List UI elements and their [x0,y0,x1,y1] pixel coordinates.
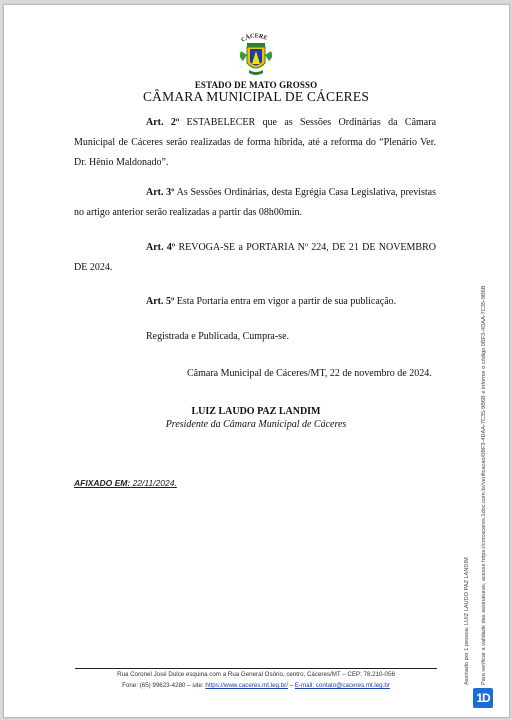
article-text: Esta Portaria entra em vigor a partir de… [174,296,396,307]
signer-name: LUIZ LAUDO PAZ LANDIM [0,406,512,417]
email-link[interactable]: E-mail: contato@caceres.mt.leg.br [295,682,390,689]
footer-address: Rua Coronel José Dulce esquina com a Rua… [0,671,512,678]
article-label: Art. 5º [146,296,174,307]
article-5: Art. 5º Esta Portaria entra em vigor a p… [74,292,436,312]
signer-role: Presidente da Câmara Municipal de Cácere… [0,419,512,430]
afixado-label: AFIXADO EM: [74,478,130,488]
site-link[interactable]: https://www.caceres.mt.leg.br/ [205,682,288,689]
article-label: Art. 3º [146,187,175,198]
footer-phone: Fone: (65) 99623-4280 – site: [122,682,205,689]
chamber-heading: CÂMARA MUNICIPAL DE CÁCERES [0,89,512,105]
document-page [3,4,510,718]
caceres-coat-of-arms-icon: CÁCERES [237,33,275,79]
article-label: Art. 4º [146,242,175,253]
footer-sep: – [288,682,295,689]
place-date: Câmara Municipal de Cáceres/MT, 22 de no… [187,368,432,379]
footer-contact: Fone: (65) 99623-4280 – site: https://ww… [0,682,512,689]
signed-by-text: Assinado por 1 pessoa: LUIZ LAUDO PAZ LA… [464,557,470,685]
article-2: Art. 2º ESTABELECER que as Sessões Ordin… [74,113,436,173]
1doc-logo-icon: 1D [473,688,493,708]
afixado-date: 22/11/2024. [133,478,177,488]
article-text: REVOGA-SE a PORTARIA Nº 224, DE 21 DE NO… [74,242,436,273]
svg-text:CÁCERES: CÁCERES [237,33,268,44]
closing-text: Registrada e Publicada, Cumpra-se. [146,331,289,342]
afixado-stamp: AFIXADO EM: 22/11/2024. [74,478,177,488]
article-text: ESTABELECER que as Sessões Ordinárias da… [74,117,436,168]
article-4: Art. 4º REVOGA-SE a PORTARIA Nº 224, DE … [74,238,436,278]
article-text: As Sessões Ordinárias, desta Egrégia Cas… [74,187,436,218]
article-label: Art. 2º [146,117,179,128]
article-3: Art. 3º As Sessões Ordinárias, desta Egr… [74,183,436,223]
footer-divider [75,668,437,669]
verification-text[interactable]: Para verificar a validade das assinatura… [481,285,487,685]
